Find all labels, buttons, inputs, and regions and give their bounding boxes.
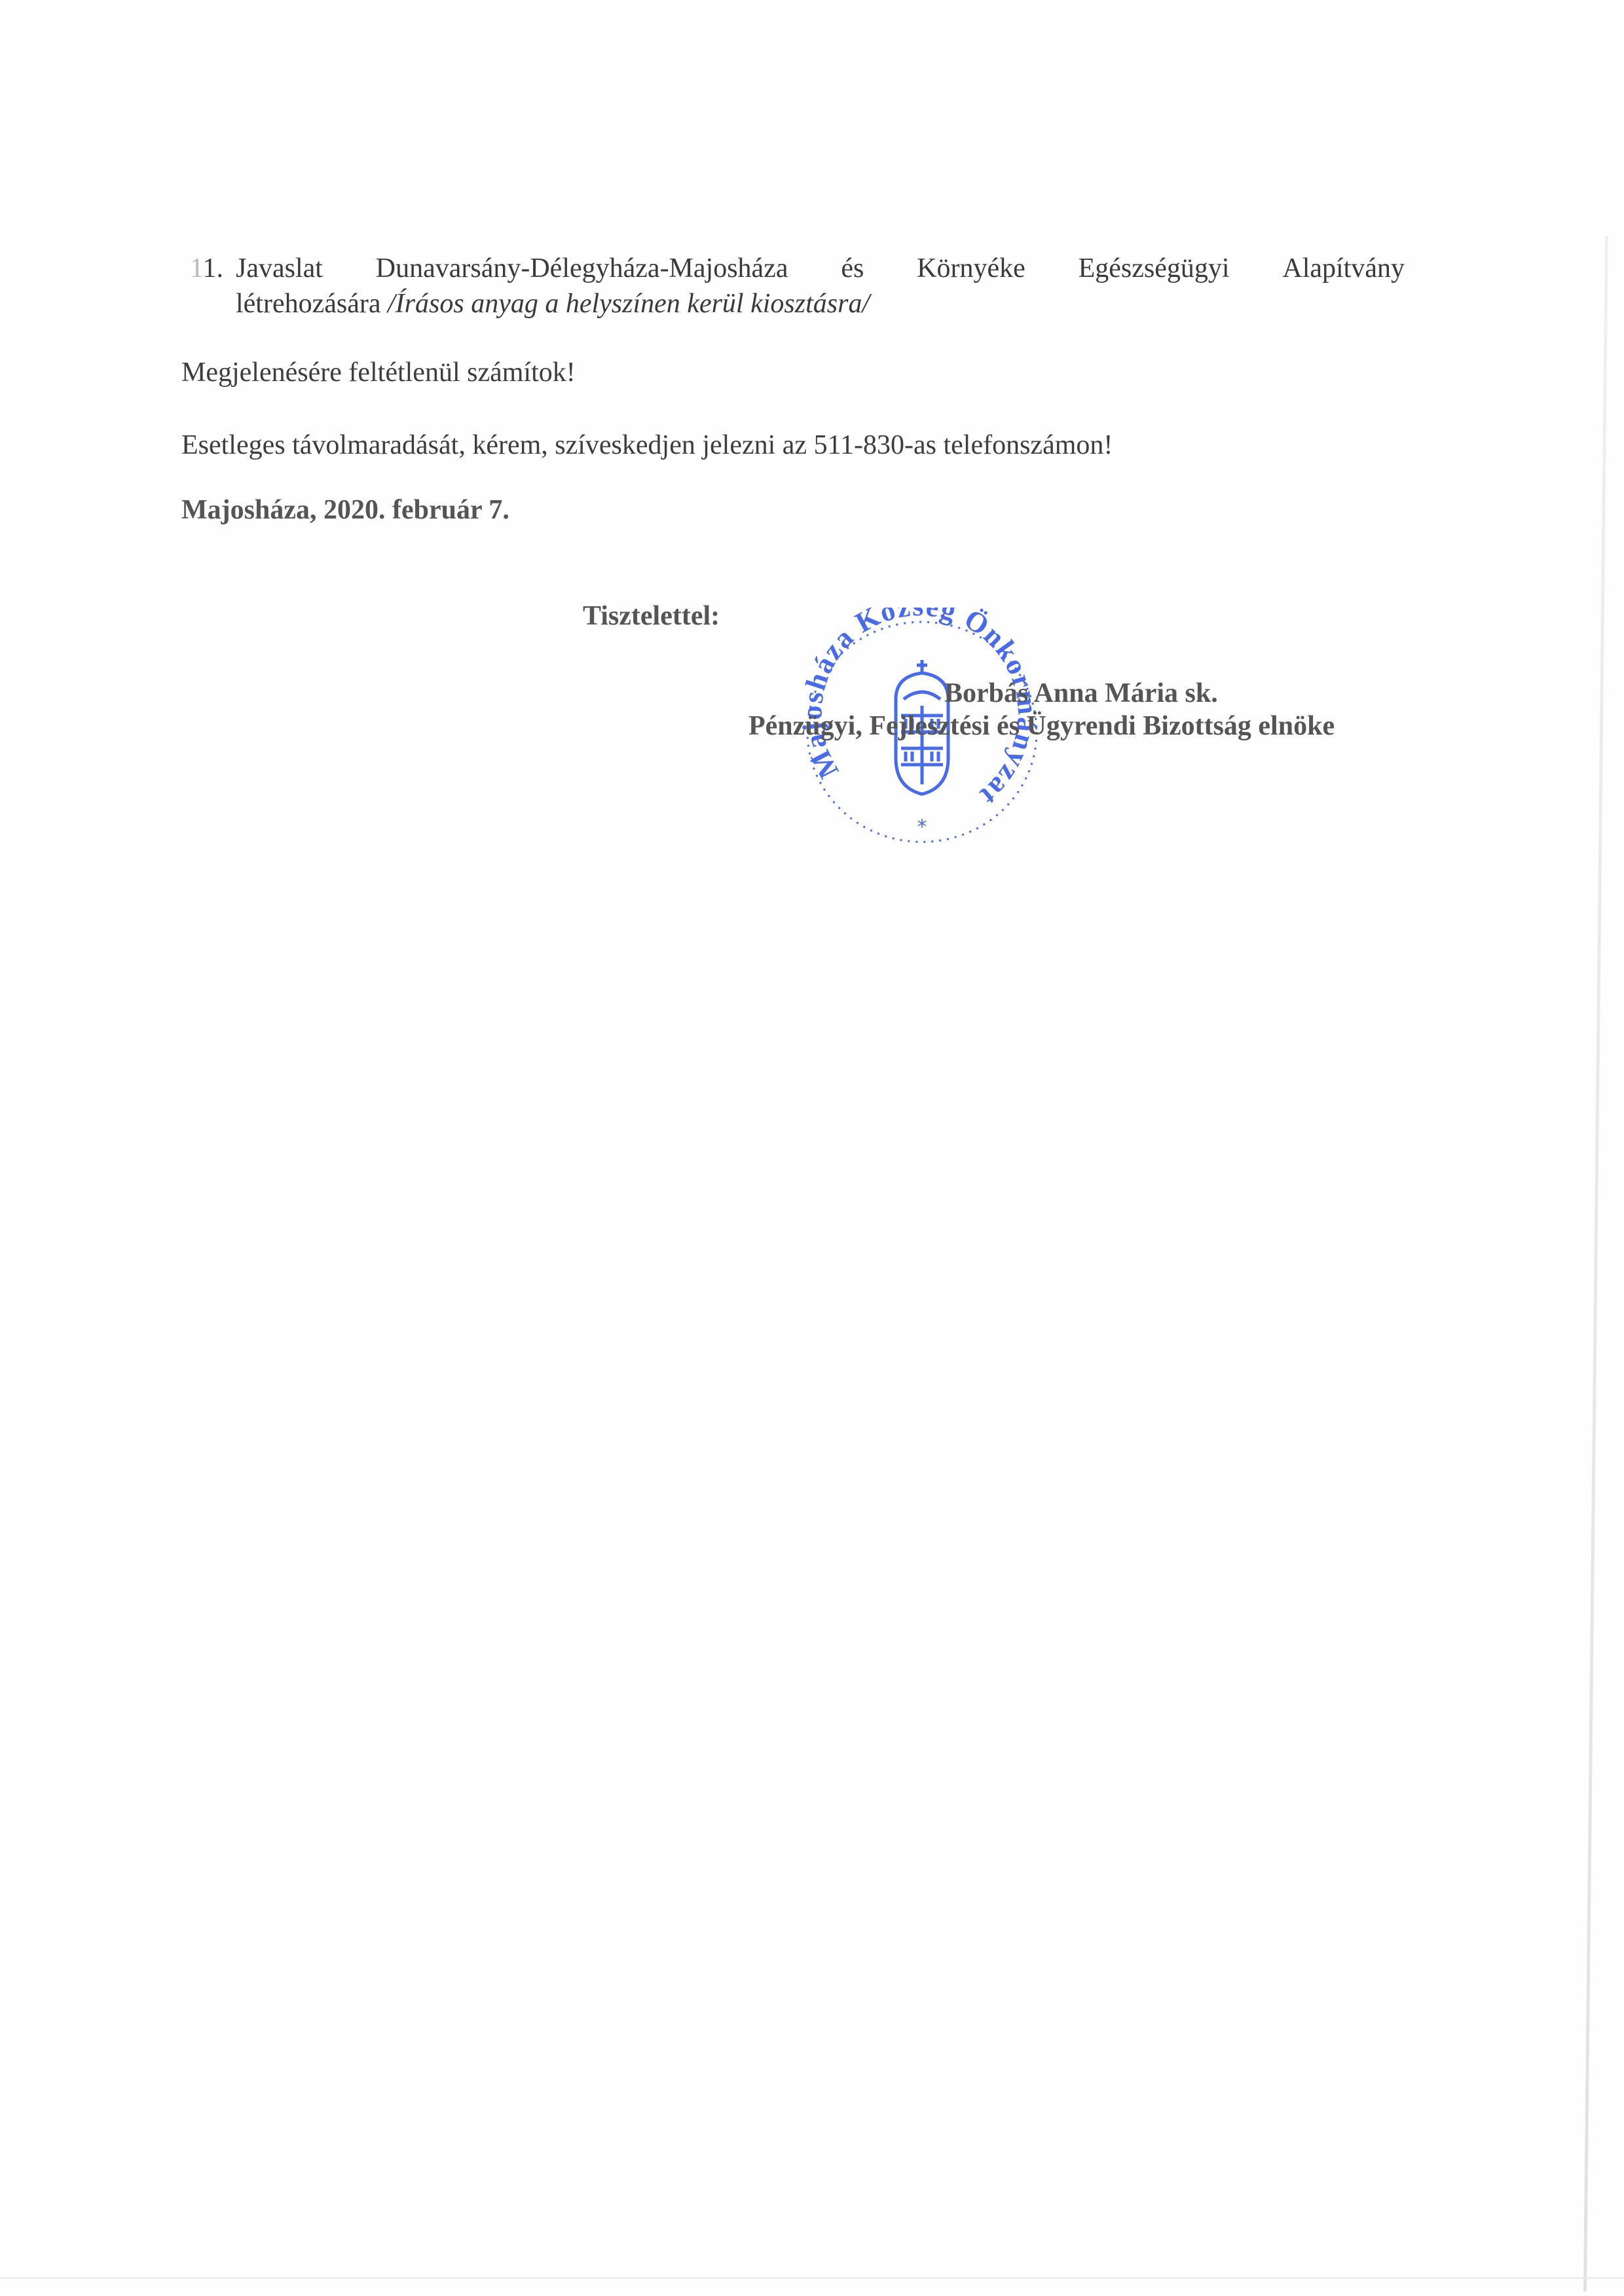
signatory-title: Pénzügyi, Fejlesztési és Ügyrendi Bizott… (748, 712, 1335, 740)
svg-text:Majosháza Község Önkormányzat: Majosháza Község Önkormányzat (796, 608, 1044, 813)
agenda-word: Környéke (917, 253, 1025, 284)
agenda-item-number-faded-digit: 1 (190, 253, 202, 283)
absence-notice-paragraph: Esetleges távolmaradását, kérem, szívesk… (181, 431, 1113, 459)
attendance-paragraph: Megjelenésére feltétlenül számítok! (181, 359, 576, 386)
document-page: 11. Javaslat Dunavarsány-Délegyháza-Majo… (0, 0, 1624, 2296)
agenda-word: Egészségügyi (1079, 253, 1230, 284)
signatory-name: Borbás Anna Mária sk. (944, 680, 1218, 707)
scan-artifact-vertical-line (1583, 236, 1608, 2291)
agenda-item-number-rest: 1. (202, 253, 223, 283)
agenda-word: Dunavarsány-Délegyháza-Majosháza (376, 253, 788, 284)
svg-text:*: * (917, 816, 927, 839)
closing-salutation: Tisztelettel: (583, 602, 720, 630)
agenda-word: Alapítvány (1282, 253, 1405, 284)
agenda-item-note: /Írásos anyag a helyszínen kerül kiosztá… (388, 289, 870, 319)
agenda-item-line-2-plain: létrehozására (236, 289, 388, 319)
agenda-word: és (841, 253, 864, 284)
scan-artifact-horizontal-line (0, 2277, 1624, 2279)
agenda-word: Javaslat (236, 253, 323, 284)
agenda-item-line-2: létrehozására /Írásos anyag a helyszínen… (236, 288, 870, 319)
agenda-item-line-1: Javaslat Dunavarsány-Délegyháza-Majosház… (236, 253, 1405, 284)
agenda-item-number: 11. (190, 253, 223, 284)
place-date: Majosháza, 2020. február 7. (181, 496, 509, 524)
